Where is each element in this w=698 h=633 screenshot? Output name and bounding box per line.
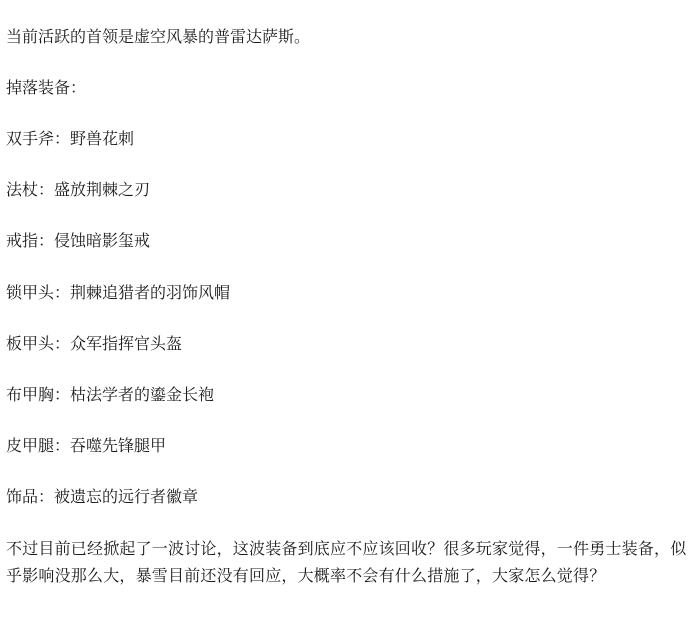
loot-name: 侵蚀暗影玺戒 [54, 231, 150, 250]
loot-item: 布甲胸：枯法学者的鎏金长袍 [6, 385, 214, 405]
loot-slot: 锁甲头 [6, 283, 54, 302]
loot-item: 锁甲头：荆棘追猎者的羽饰风帽 [6, 283, 230, 303]
loot-slot: 戒指 [6, 231, 38, 250]
loot-item: 法杖：盛放荆棘之刃 [6, 180, 150, 200]
loot-slot: 饰品 [6, 487, 38, 506]
loot-name: 众军指挥官头盔 [70, 334, 182, 353]
loot-name: 吞噬先锋腿甲 [70, 436, 166, 455]
loot-slot: 板甲头 [6, 334, 54, 353]
separator: ： [54, 385, 70, 404]
loot-slot: 皮甲腿 [6, 436, 54, 455]
loot-name: 盛放荆棘之刃 [54, 180, 150, 199]
separator: ： [38, 487, 54, 506]
loot-name: 荆棘追猎者的羽饰风帽 [70, 283, 230, 302]
separator: ： [54, 334, 70, 353]
loot-heading: 掉落装备： [6, 78, 86, 98]
loot-item: 板甲头：众军指挥官头盔 [6, 334, 182, 354]
loot-slot: 布甲胸 [6, 385, 54, 404]
loot-slot: 法杖 [6, 180, 38, 199]
closing-paragraph: 不过目前已经掀起了一波讨论，这波装备到底应不应该回收？很多玩家觉得，一件勇士装备… [6, 535, 690, 589]
loot-item: 皮甲腿：吞噬先锋腿甲 [6, 436, 166, 456]
separator: ： [38, 180, 54, 199]
loot-item: 双手斧：野兽花刺 [6, 129, 134, 149]
separator: ： [54, 436, 70, 455]
separator: ： [54, 129, 70, 148]
loot-slot: 双手斧 [6, 129, 54, 148]
loot-name: 枯法学者的鎏金长袍 [70, 385, 214, 404]
separator: ： [38, 231, 54, 250]
separator: ： [54, 283, 70, 302]
intro-paragraph: 当前活跃的首领是虚空风暴的普雷达萨斯。 [6, 27, 310, 47]
loot-item: 饰品：被遗忘的远行者徽章 [6, 487, 198, 507]
loot-item: 戒指：侵蚀暗影玺戒 [6, 231, 150, 251]
loot-name: 被遗忘的远行者徽章 [54, 487, 198, 506]
loot-name: 野兽花刺 [70, 129, 134, 148]
